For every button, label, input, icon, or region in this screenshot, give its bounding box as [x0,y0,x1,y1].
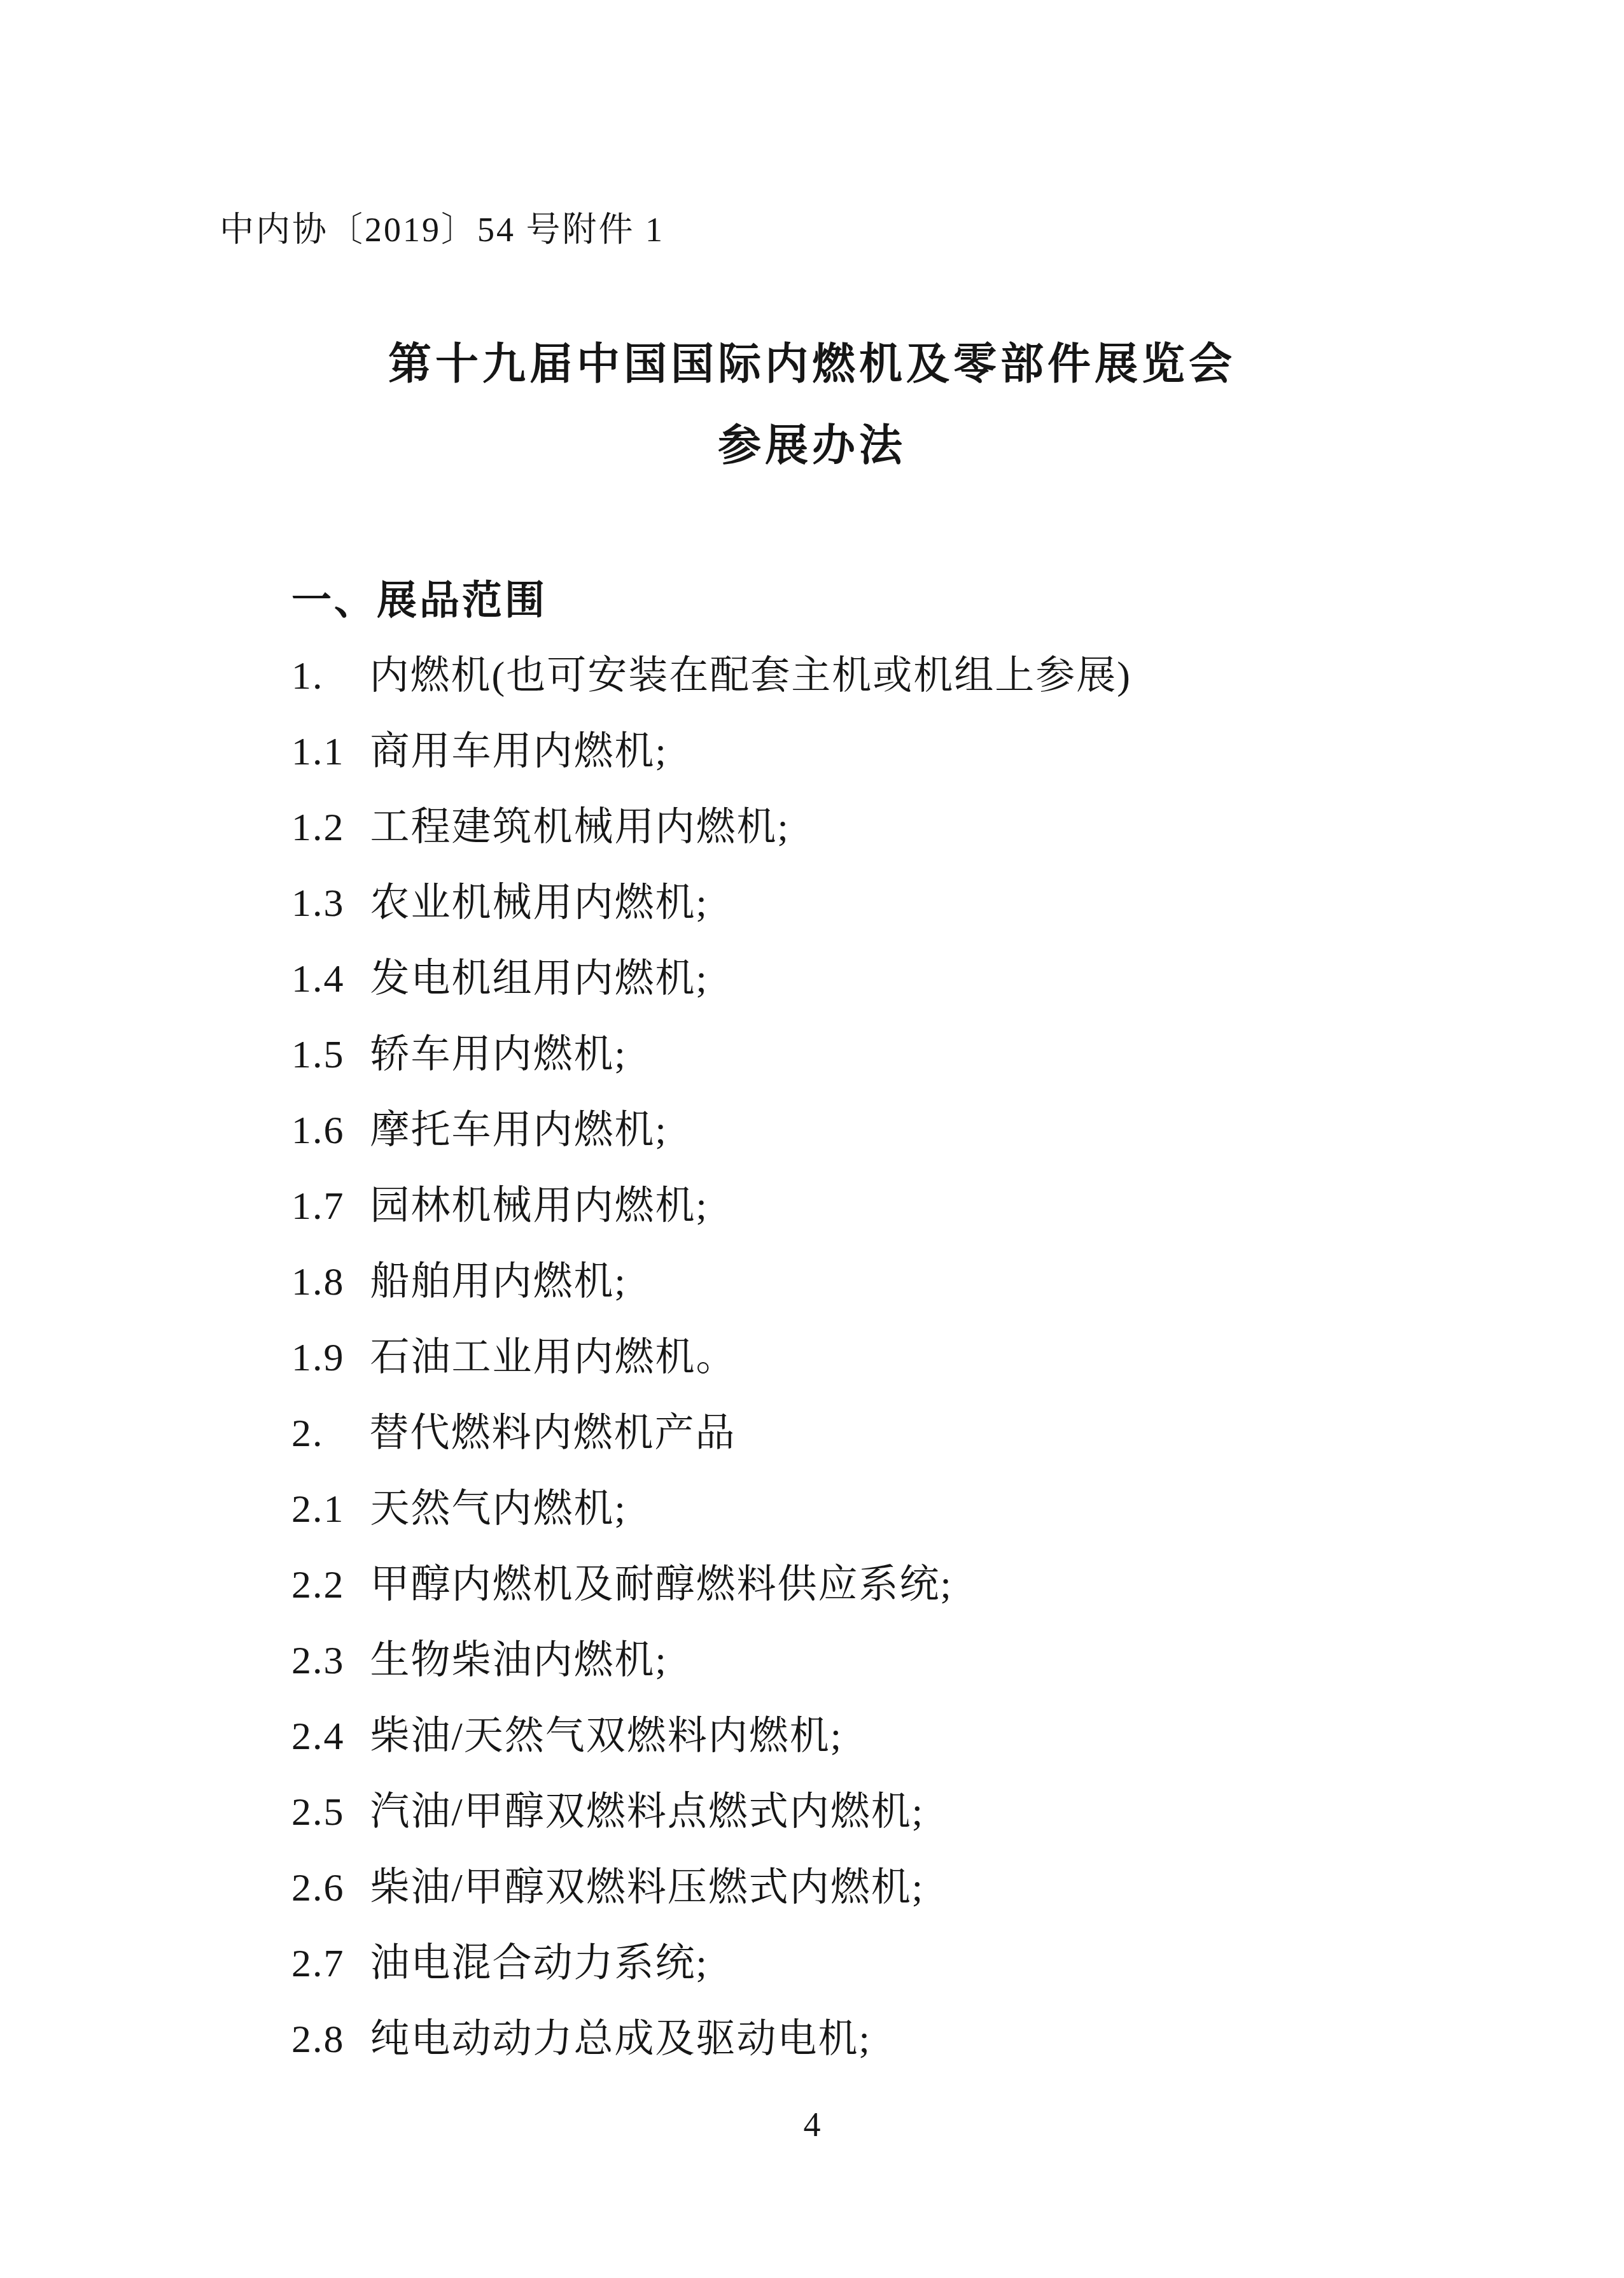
item-text: 柴油/天然气双燃料内燃机; [370,1715,843,1758]
item-number: 2.5 [291,1775,345,1850]
item-number: 1.8 [291,1244,345,1320]
list-item: 2.6柴油/甲醇双燃料压燃式内燃机; [291,1850,1131,1926]
item-text: 汽油/甲醇双燃料点燃式内燃机; [370,1790,924,1834]
item-number: 1.7 [291,1169,345,1244]
item-number: 1.5 [291,1017,345,1093]
item-number: 1.2 [291,790,345,866]
item-number: 1.3 [291,866,345,941]
document-subtitle: 参展办法 [0,421,1624,470]
list-item: 1.7园林机械用内燃机; [291,1169,1131,1244]
list-item: 1.内燃机(也可安装在配套主机或机组上参展) [291,638,1131,714]
item-number: 1.1 [291,714,345,790]
document-page: 中内协〔2019〕54 号附件 1 第十九届中国国际内燃机及零部件展览会 参展办… [0,0,1624,2278]
item-number: 2.6 [291,1850,345,1926]
list-item: 2.1天然气内燃机; [291,1472,1131,1547]
item-text: 发电机组用内燃机; [370,957,708,1001]
item-text: 园林机械用内燃机; [370,1185,708,1228]
item-text: 摩托车用内燃机; [370,1109,668,1152]
item-number: 2.8 [291,2002,345,2078]
item-text: 天然气内燃机; [370,1487,627,1531]
list-item: 2.2甲醇内燃机及耐醇燃料供应系统; [291,1547,1131,1623]
item-text: 柴油/甲醇双燃料压燃式内燃机; [370,1866,924,1909]
item-number: 1.9 [291,1320,345,1396]
list-item: 1.5轿车用内燃机; [291,1017,1131,1093]
item-text: 商用车用内燃机; [370,730,668,773]
item-number: 2.2 [291,1547,345,1623]
list-item: 1.6摩托车用内燃机; [291,1093,1131,1169]
exhibit-scope-list: 一、展品范围 1.内燃机(也可安装在配套主机或机组上参展)1.1商用车用内燃机;… [291,563,1131,2078]
list-item: 1.1商用车用内燃机; [291,714,1131,790]
list-item: 2.8纯电动动力总成及驱动电机; [291,2002,1131,2078]
section-heading: 一、展品范围 [291,563,1131,638]
item-text: 石油工业用内燃机。 [370,1336,737,1379]
item-number: 2. [291,1396,324,1472]
item-number: 1. [291,638,324,714]
doc-reference-number: 中内协〔2019〕54 号附件 1 [220,210,664,250]
item-text: 轿车用内燃机; [370,1033,627,1076]
item-text: 船舶用内燃机; [370,1260,627,1304]
item-number: 2.3 [291,1623,345,1699]
list-item: 1.4发电机组用内燃机; [291,941,1131,1017]
list-item: 2.7油电混合动力系统; [291,1926,1131,2002]
list-item: 1.9石油工业用内燃机。 [291,1320,1131,1396]
list-item: 2.替代燃料内燃机产品 [291,1396,1131,1472]
list-item: 1.8船舶用内燃机; [291,1244,1131,1320]
item-text: 工程建筑机械用内燃机; [370,806,790,849]
item-number: 1.6 [291,1093,345,1169]
list-item: 1.3农业机械用内燃机; [291,866,1131,941]
item-number: 2.4 [291,1699,345,1775]
list-item: 2.3生物柴油内燃机; [291,1623,1131,1699]
document-title: 第十九届中国国际内燃机及零部件展览会 [0,340,1624,388]
item-text: 纯电动动力总成及驱动电机; [370,2018,871,2061]
page-number: 4 [0,2106,1624,2144]
item-number: 2.1 [291,1472,345,1547]
item-number: 2.7 [291,1926,345,2002]
item-text: 生物柴油内燃机; [370,1639,668,1682]
item-text: 油电混合动力系统; [370,1942,708,1985]
item-text: 内燃机(也可安装在配套主机或机组上参展) [370,654,1131,698]
item-text: 甲醇内燃机及耐醇燃料供应系统; [370,1563,953,1607]
item-text: 农业机械用内燃机; [370,882,708,925]
list-item: 1.2工程建筑机械用内燃机; [291,790,1131,866]
item-text: 替代燃料内燃机产品 [370,1412,736,1455]
list-item: 2.4柴油/天然气双燃料内燃机; [291,1699,1131,1775]
list-item: 2.5汽油/甲醇双燃料点燃式内燃机; [291,1775,1131,1850]
item-number: 1.4 [291,941,345,1017]
